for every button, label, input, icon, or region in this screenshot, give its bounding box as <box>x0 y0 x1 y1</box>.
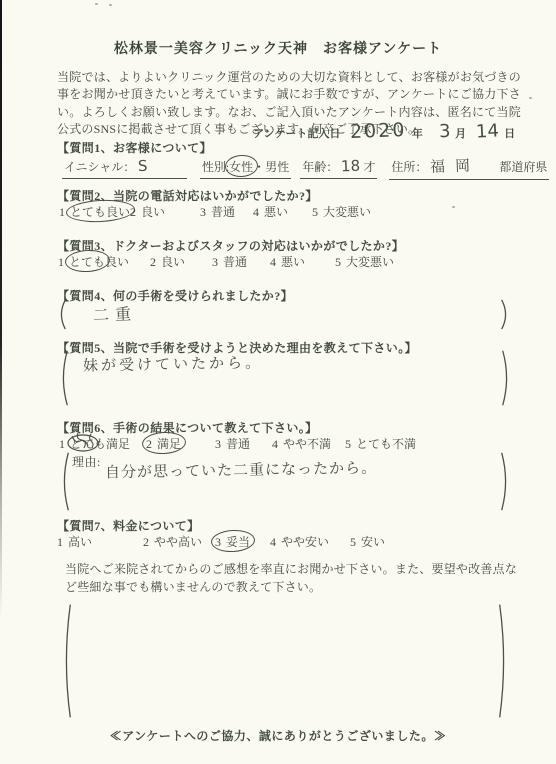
option-label: 普通 <box>226 437 250 451</box>
option-label: 良い <box>141 205 165 219</box>
option-number: 3 <box>200 205 206 219</box>
scan-edge-artifact <box>0 0 2 620</box>
option-number: 2 <box>143 535 149 549</box>
option-number: 4 <box>270 535 276 549</box>
option-label: 大変悪い <box>323 205 371 219</box>
q1-heading: 【質問1、お客様について】 <box>57 139 212 156</box>
option-label: 安い <box>361 535 385 549</box>
option-number: 2 <box>150 255 156 269</box>
option-label: 普通 <box>223 255 247 269</box>
option-label: 妥当 <box>226 535 250 549</box>
option-label: 満足 <box>157 437 181 451</box>
selected-option-circle: 3妥当 <box>215 533 250 550</box>
address-label: 住所： <box>391 160 427 174</box>
q1-fields-row: イニシャル：S性別:女性・男性年齢：18才住所：福岡都道府県 <box>62 155 549 180</box>
q7-option-1: 1高い <box>57 533 92 550</box>
initial-field: イニシャル：S <box>62 157 187 179</box>
date-label: アンケート記入日 <box>253 128 340 140</box>
answer-bracket-left <box>57 349 69 407</box>
address-unit: 都道府県 <box>499 160 547 174</box>
option-number: 2 <box>146 437 152 451</box>
option-label: やや安い <box>281 535 329 549</box>
q7-option-4: 4やや安い <box>270 533 329 550</box>
initial-value: S <box>135 157 151 176</box>
footer-thanks: ≪アンケートへのご協力、誠にありがとうございました。≫ <box>0 727 556 744</box>
answer-bracket-left <box>60 601 72 721</box>
q7-options-row: 1高い 2やや高い 3妥当 4やや安い 5安い <box>0 533 556 553</box>
comments-answer-area <box>60 601 510 721</box>
gender-field: 性別:女性・男性 <box>200 158 291 179</box>
q3-option-1: 1とても良い <box>58 253 129 270</box>
date-day-value: 14 <box>476 120 500 142</box>
option-number: 3 <box>212 255 218 269</box>
option-number: 3 <box>215 535 221 549</box>
option-number: 5 <box>350 535 356 549</box>
option-label: やや高い <box>154 535 202 549</box>
q3-option-5: 5大変悪い <box>335 253 394 270</box>
date-month-value: 3 <box>438 121 450 142</box>
option-number: 4 <box>253 205 259 219</box>
q3-option-3: 3普通 <box>212 253 247 270</box>
address-field: 住所：福岡都道府県 <box>389 155 549 180</box>
age-value: 18 <box>338 157 364 176</box>
option-label: 高い <box>68 535 92 549</box>
q7-option-3: 3妥当 <box>215 533 250 550</box>
answer-bracket-left <box>55 299 67 330</box>
dust-speck <box>95 3 98 5</box>
q6-heading: 【質問6、手術の結果について教えて下さい。】 <box>57 419 318 436</box>
survey-form-scan: 松林景一美容クリニック天神 お客様アンケート 当院では、よりよいクリニック運営の… <box>0 0 556 764</box>
age-field: 年齢：18才 <box>300 157 377 179</box>
q7-option-5: 5安い <box>350 533 385 550</box>
q2-option-2: 2良い <box>130 203 165 220</box>
option-label: 悪い <box>281 255 305 269</box>
date-month-unit: 月 <box>455 128 466 140</box>
option-number: 5 <box>312 205 318 219</box>
q6-option-1-crossed-out: 1とても満足 <box>59 435 130 452</box>
q2-heading: 【質問2、当院の電話対応はいかがでしたか?】 <box>57 187 318 204</box>
q6-option-5: 5とても不満 <box>345 435 416 452</box>
q6-option-3: 3普通 <box>215 435 250 452</box>
answer-bracket-right <box>500 299 512 330</box>
selected-option-circle: とても良い <box>70 203 130 220</box>
answer-bracket-right <box>498 601 510 721</box>
answer-bracket-left <box>58 451 70 512</box>
age-unit: 才 <box>363 160 375 174</box>
q2-option-5: 5大変悪い <box>312 203 371 220</box>
option-number: 1 <box>59 205 65 219</box>
q7-heading: 【質問7、料金について】 <box>57 517 200 534</box>
q5-answer-area: 妹が受けていたから。 <box>57 349 513 407</box>
q6-reason-area: 理由: 自分が思っていた二重になったから。 <box>58 451 512 512</box>
q2-option-4: 4悪い <box>253 203 288 220</box>
comments-prompt: 当院へご来院されてからのご感想を率直にお聞かせ下さい。また、要望や改善点など些細… <box>65 561 517 596</box>
option-label: 悪い <box>264 205 288 219</box>
option-label: 良い <box>105 255 129 269</box>
date-day-unit: 日 <box>504 128 515 140</box>
reason-label: 理由: <box>72 453 101 470</box>
option-number: 1 <box>59 437 65 451</box>
dust-speck <box>529 97 532 99</box>
survey-date-row: アンケート記入日2020年3月14日 <box>253 120 515 142</box>
q6-option-2: 2満足 <box>146 435 181 452</box>
q2-option-3: 3普通 <box>200 203 235 220</box>
q3-heading: 【質問3、ドクターおよびスタッフの対応はいかがでしたか?】 <box>57 237 404 254</box>
q4-answer-area: 二重 <box>55 299 512 330</box>
option-number: 5 <box>335 255 341 269</box>
date-year-value: 2020 <box>350 119 407 143</box>
age-label: 年齢： <box>302 160 338 174</box>
option-number: 1 <box>58 255 64 269</box>
date-year-unit: 年 <box>412 128 423 140</box>
q4-answer: 二重 <box>93 301 138 326</box>
option-label: とても満足 <box>70 437 130 451</box>
answer-bracket-right <box>501 349 513 407</box>
selected-option-circle: 2満足 <box>146 435 181 452</box>
option-number: 5 <box>345 437 351 451</box>
option-label: とても不満 <box>356 437 416 451</box>
option-number: 4 <box>272 437 278 451</box>
option-number: 3 <box>215 437 221 451</box>
q6-reason-answer: 自分が思っていた二重になったから。 <box>105 457 377 483</box>
option-label: 普通 <box>211 205 235 219</box>
q2-options-row: 1とても良い 2良い 3普通 4悪い 5大変悪い <box>0 203 556 223</box>
option-label: やや不満 <box>283 437 331 451</box>
option-number: 4 <box>270 255 276 269</box>
q3-option-4: 4悪い <box>270 253 305 270</box>
q5-answer: 妹が受けていたから。 <box>83 351 263 375</box>
option-label: 良い <box>161 255 185 269</box>
dust-speck <box>109 4 112 6</box>
gender-female-circled: 女性 <box>229 158 253 175</box>
selected-option-circle: とても <box>69 253 105 270</box>
q2-option-1: 1とても良い <box>59 203 130 220</box>
gender-label: 性別: <box>202 160 229 174</box>
answer-bracket-right <box>500 451 512 512</box>
option-label: 大変悪い <box>346 255 394 269</box>
gender-male: 男性 <box>265 160 289 174</box>
q6-option-4: 4やや不満 <box>272 435 331 452</box>
option-number: 1 <box>57 535 63 549</box>
q3-option-2: 2良い <box>150 253 185 270</box>
address-value: 福岡 <box>427 154 484 177</box>
q3-options-row: 1とても良い 2良い 3普通 4悪い 5大変悪い <box>0 253 556 273</box>
q7-option-2: 2やや高い <box>143 533 202 550</box>
option-number: 2 <box>130 205 136 219</box>
page-title: 松林景一美容クリニック天神 お客様アンケート <box>0 38 556 58</box>
gender-separator: ・ <box>253 160 265 174</box>
initial-label: イニシャル： <box>64 160 135 174</box>
